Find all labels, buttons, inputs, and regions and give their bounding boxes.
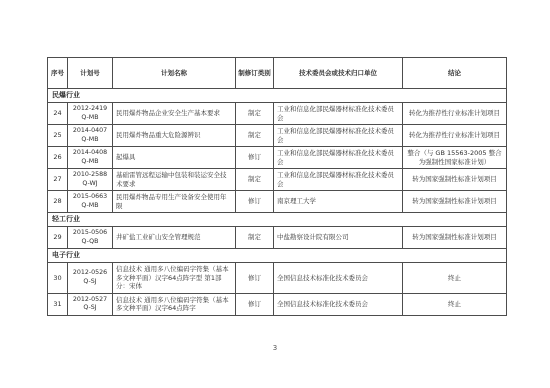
section-title: 轻工行业: [48, 213, 507, 227]
cell-conclusion: 转化为推荐性行业标准计划项目: [403, 125, 507, 147]
cell-revision-type: 制定: [236, 125, 274, 147]
standards-plan-table: 序号 计划号 计划名称 制修订类别 技术委员会或技术归口单位 结论 民爆行业 2…: [47, 57, 507, 316]
table-row: 31 2012-0527Q-SJ 信息技术 通用多八位编码字符集（基本多文种平面…: [48, 293, 507, 315]
cell-committee: 工业和信息化部民爆器材标准化技术委员会: [274, 147, 403, 169]
cell-committee: 工业和信息化部民爆器材标准化技术委员会: [274, 125, 403, 147]
cell-conclusion: 终止: [403, 293, 507, 315]
section-title: 电子行业: [48, 249, 507, 263]
cell-plan-id: 2010-2588Q-WJ: [68, 169, 113, 191]
col-header-revision-type: 制修订类别: [236, 58, 274, 89]
cell-conclusion: 转为国家强制性标准计划项目: [403, 227, 507, 249]
cell-plan-name: 民用爆炸物品企业安全生产基本要求: [113, 103, 236, 125]
cell-revision-type: 修订: [236, 191, 274, 213]
cell-revision-type: 制定: [236, 227, 274, 249]
cell-plan-name: 信息技术 通用多八位编码字符集（基本多文种平面）汉字64点阵字: [113, 293, 236, 315]
page-number: 3: [0, 344, 550, 352]
cell-seq: 30: [48, 263, 68, 294]
cell-seq: 26: [48, 147, 68, 169]
cell-conclusion: 终止: [403, 263, 507, 294]
cell-committee: 全国信息技术标准化技术委员会: [274, 263, 403, 294]
cell-plan-name: 民用爆炸物品专用生产设备安全使用年限: [113, 191, 236, 213]
section-header-light-industry: 轻工行业: [48, 213, 507, 227]
cell-seq: 25: [48, 125, 68, 147]
section-header-electronics: 电子行业: [48, 249, 507, 263]
cell-seq: 29: [48, 227, 68, 249]
col-header-seq: 序号: [48, 58, 68, 89]
cell-conclusion: 转化为推荐性行业标准计划项目: [403, 103, 507, 125]
cell-seq: 24: [48, 103, 68, 125]
col-header-plan-name: 计划名称: [113, 58, 236, 89]
cell-plan-name: 民用爆炸物品重大危险源辨识: [113, 125, 236, 147]
cell-conclusion: 转为国家强制性标准计划项目: [403, 191, 507, 213]
cell-plan-id: 2015-0506Q-QB: [68, 227, 113, 249]
cell-plan-id: 2014-0408Q-MB: [68, 147, 113, 169]
table-row: 25 2014-0407Q-MB 民用爆炸物品重大危险源辨识 制定 工业和信息化…: [48, 125, 507, 147]
col-header-committee: 技术委员会或技术归口单位: [274, 58, 403, 89]
section-title: 民爆行业: [48, 89, 507, 103]
table-row: 29 2015-0506Q-QB 井矿盐工业矿山安全管理规范 制定 中盐勘察设计…: [48, 227, 507, 249]
cell-plan-name: 信息技术 通用多八位编码字符集（基本多文种平面）汉字64点阵字型 第1部分：宋体: [113, 263, 236, 294]
cell-conclusion: 整合（与 GB 15563-2005 整合为强制性国家标准计划）: [403, 147, 507, 169]
cell-revision-type: 修订: [236, 293, 274, 315]
cell-seq: 28: [48, 191, 68, 213]
table-row: 24 2012-2419Q-MB 民用爆炸物品企业安全生产基本要求 制定 工业和…: [48, 103, 507, 125]
col-header-conclusion: 结论: [403, 58, 507, 89]
cell-plan-id: 2012-0526Q-SJ: [68, 263, 113, 294]
cell-revision-type: 修订: [236, 263, 274, 294]
cell-plan-id: 2012-0527Q-SJ: [68, 293, 113, 315]
cell-committee: 工业和信息化部民爆器材标准化技术委员会: [274, 169, 403, 191]
cell-committee: 全国信息技术标准化技术委员会: [274, 293, 403, 315]
cell-revision-type: 制定: [236, 169, 274, 191]
cell-committee: 南京理工大学: [274, 191, 403, 213]
cell-committee: 中盐勘察设计院有限公司: [274, 227, 403, 249]
table-row: 26 2014-0408Q-MB 起爆具 修订 工业和信息化部民爆器材标准化技术…: [48, 147, 507, 169]
cell-committee: 工业和信息化部民爆器材标准化技术委员会: [274, 103, 403, 125]
cell-plan-name: 起爆具: [113, 147, 236, 169]
cell-plan-id: 2014-0407Q-MB: [68, 125, 113, 147]
cell-plan-name: 井矿盐工业矿山安全管理规范: [113, 227, 236, 249]
table-row: 30 2012-0526Q-SJ 信息技术 通用多八位编码字符集（基本多文种平面…: [48, 263, 507, 294]
cell-revision-type: 修订: [236, 147, 274, 169]
table-row: 28 2015-0663Q-MB 民用爆炸物品专用生产设备安全使用年限 修订 南…: [48, 191, 507, 213]
table-header-row: 序号 计划号 计划名称 制修订类别 技术委员会或技术归口单位 结论: [48, 58, 507, 89]
cell-revision-type: 制定: [236, 103, 274, 125]
cell-plan-name: 基础雷管远程运输中包装和装运安全技术要求: [113, 169, 236, 191]
cell-conclusion: 转为国家强制性标准计划项目: [403, 169, 507, 191]
cell-plan-id: 2012-2419Q-MB: [68, 103, 113, 125]
col-header-plan-id: 计划号: [68, 58, 113, 89]
cell-seq: 31: [48, 293, 68, 315]
table-row: 27 2010-2588Q-WJ 基础雷管远程运输中包装和装运安全技术要求 制定…: [48, 169, 507, 191]
section-header-civil-explosives: 民爆行业: [48, 89, 507, 103]
cell-seq: 27: [48, 169, 68, 191]
cell-plan-id: 2015-0663Q-MB: [68, 191, 113, 213]
document-page: 序号 计划号 计划名称 制修订类别 技术委员会或技术归口单位 结论 民爆行业 2…: [0, 0, 550, 388]
